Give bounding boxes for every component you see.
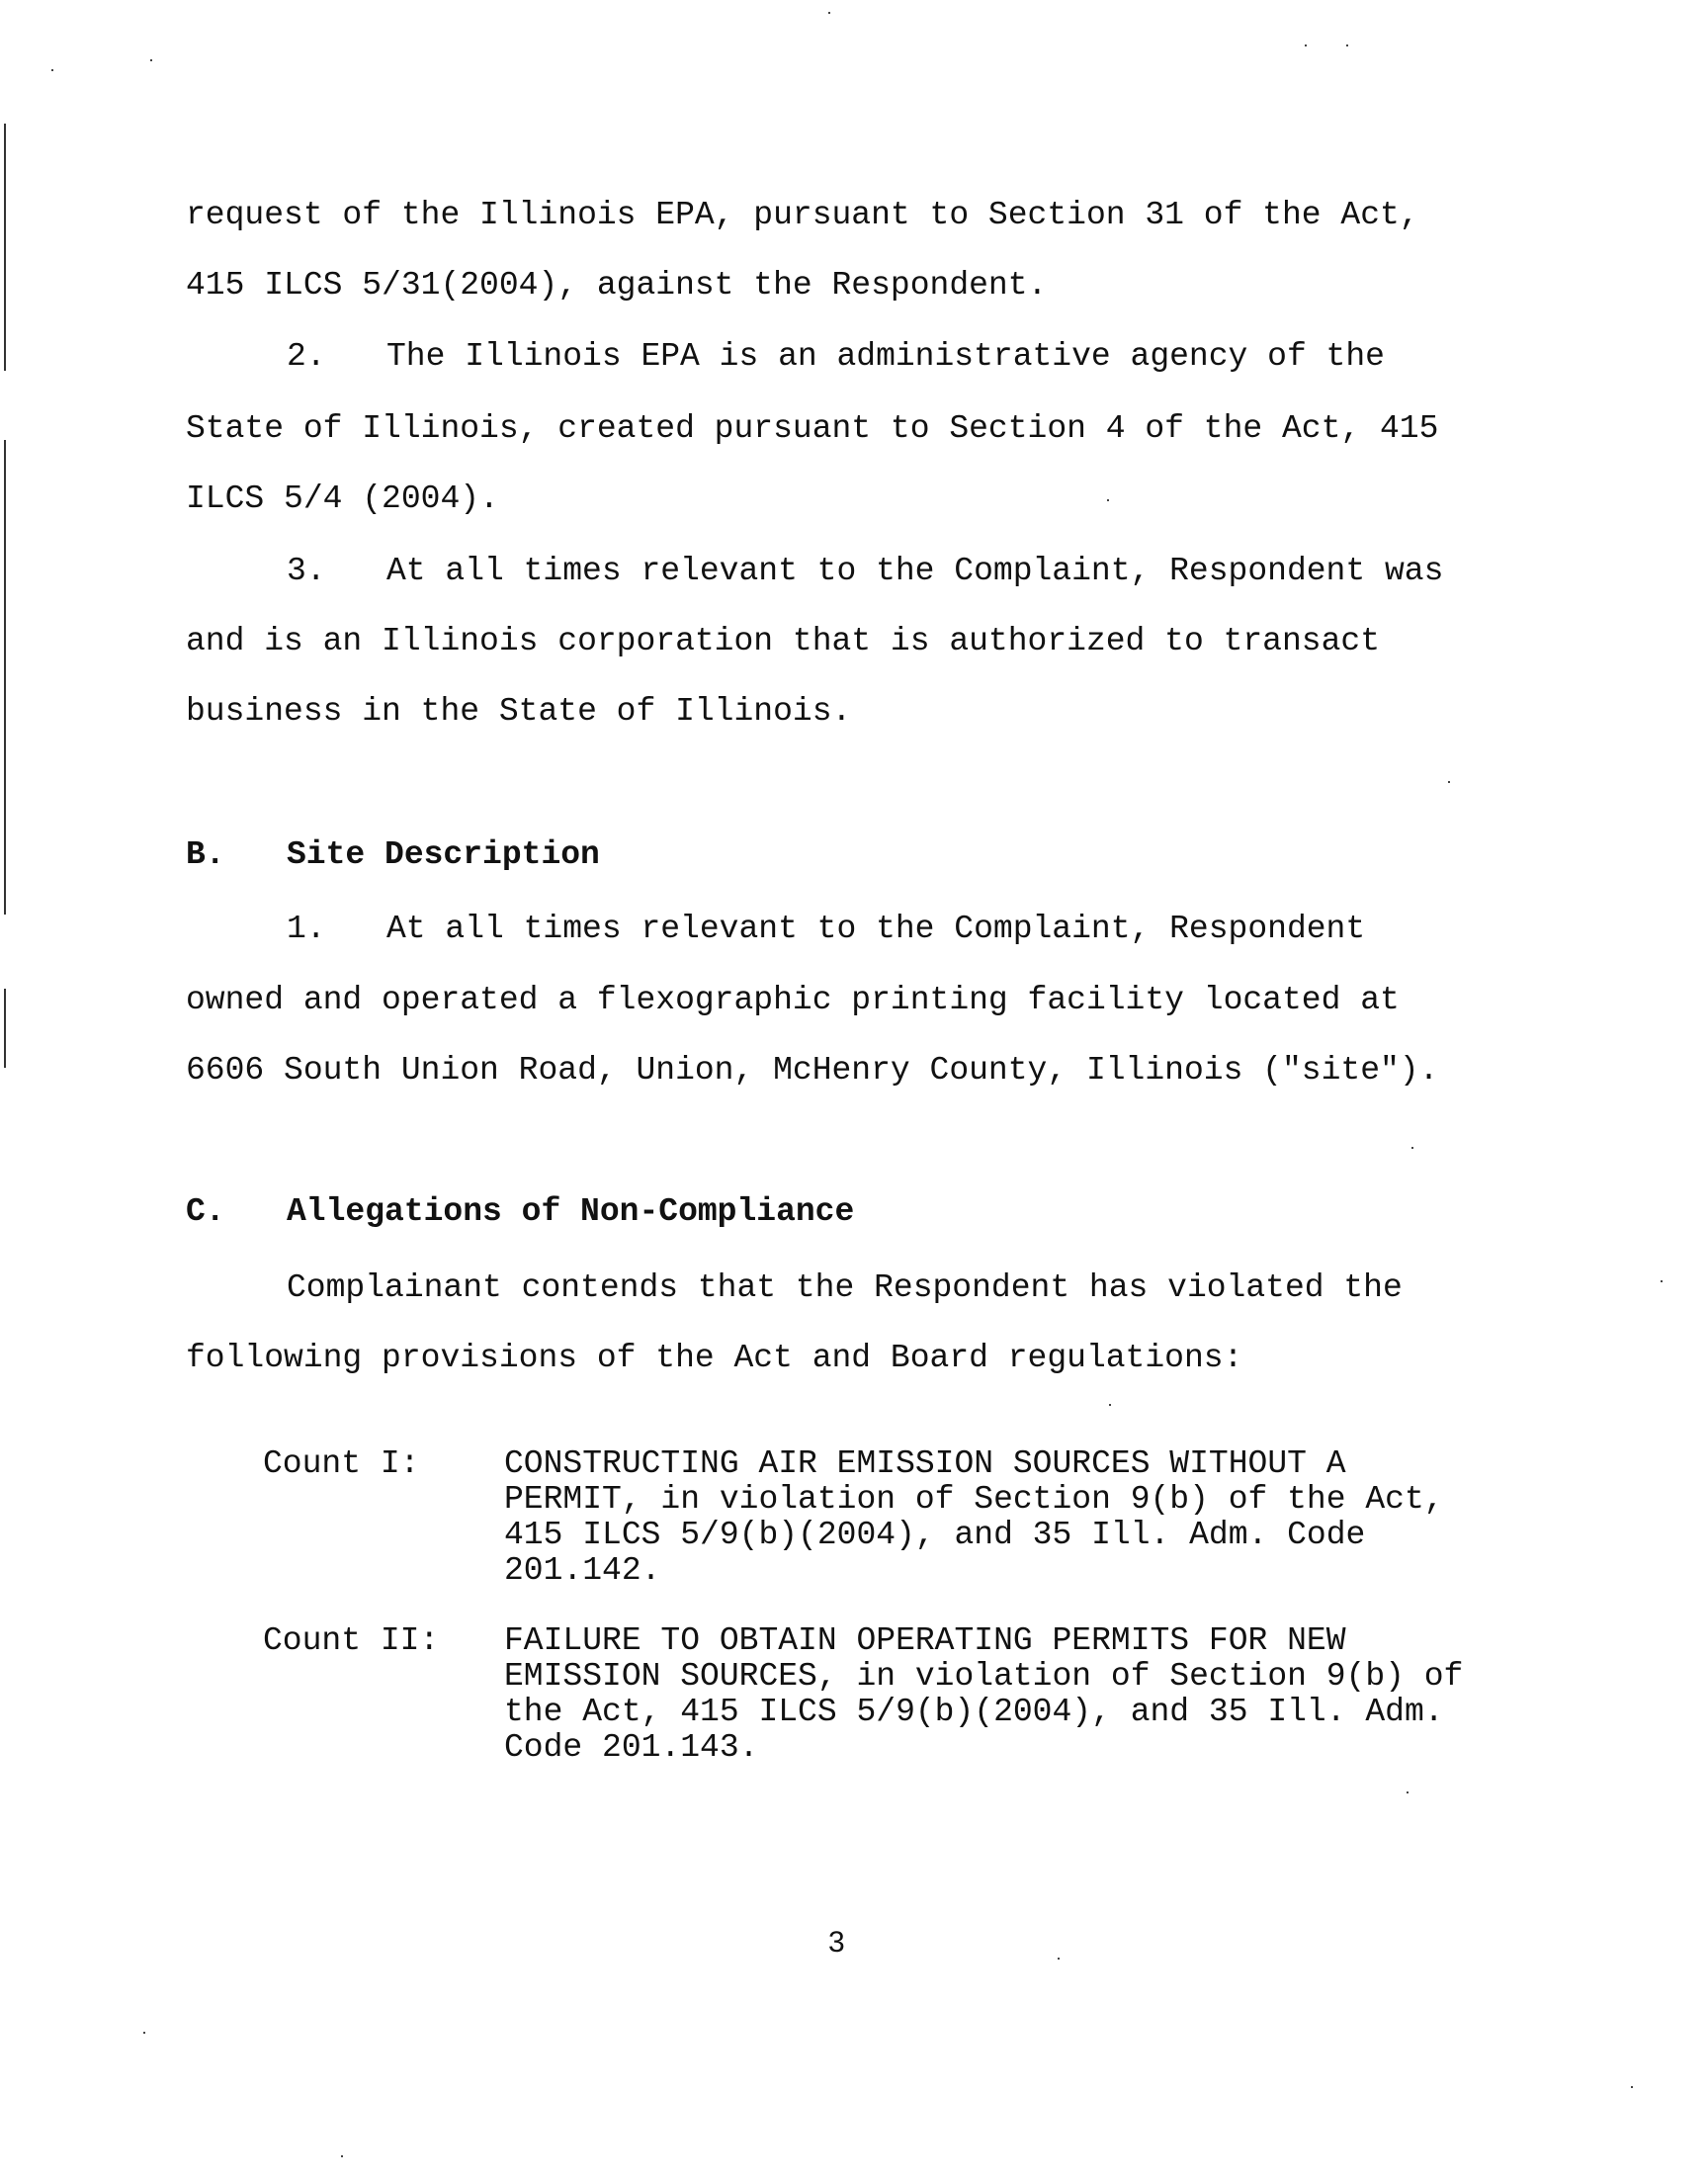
body-line: ILCS 5/4 (2004). (186, 480, 499, 519)
body-line: and is an Illinois corporation that is a… (186, 622, 1380, 661)
count-text-line: 201.142. (504, 1551, 660, 1591)
scan-speck (1305, 44, 1307, 46)
scan-speck (341, 2155, 343, 2157)
body-line: 6606 South Union Road, Union, McHenry Co… (186, 1051, 1438, 1091)
scan-speck (1107, 499, 1109, 501)
count-text-line: the Act, 415 ILCS 5/9(b)(2004), and 35 I… (504, 1693, 1444, 1732)
page-number: 3 (828, 1926, 845, 1960)
section-letter: B. (186, 835, 225, 875)
scan-edge-line (4, 989, 6, 1068)
body-line: 415 ILCS 5/31(2004), against the Respond… (186, 266, 1047, 306)
scan-speck (1109, 1404, 1111, 1406)
body-line: owned and operated a flexographic printi… (186, 981, 1400, 1020)
scan-edge-line (4, 440, 6, 915)
scan-speck (1661, 1280, 1663, 1282)
document-page: request of the Illinois EPA, pursuant to… (0, 0, 1708, 2183)
section-letter: C. (186, 1192, 225, 1232)
paragraph-number: 2. (287, 337, 326, 377)
count-text-line: FAILURE TO OBTAIN OPERATING PERMITS FOR … (504, 1621, 1346, 1661)
paragraph-number: 3. (287, 552, 326, 591)
scan-speck (1407, 1791, 1409, 1793)
count-text-line: 415 ILCS 5/9(b)(2004), and 35 Ill. Adm. … (504, 1516, 1365, 1555)
count-label: Count I: (263, 1444, 419, 1484)
count-text-line: Code 201.143. (504, 1728, 758, 1768)
scan-speck (1346, 44, 1348, 46)
body-line: business in the State of Illinois. (186, 692, 851, 732)
section-heading: Allegations of Non-Compliance (287, 1192, 854, 1232)
count-text-line: CONSTRUCTING AIR EMISSION SOURCES WITHOU… (504, 1444, 1346, 1484)
scan-speck (150, 59, 152, 61)
scan-edge-line (4, 124, 6, 371)
count-label: Count II: (263, 1621, 439, 1661)
scan-speck (828, 12, 830, 14)
body-line: following provisions of the Act and Boar… (186, 1339, 1242, 1378)
scan-speck (1448, 781, 1450, 783)
scan-speck (1631, 2086, 1633, 2088)
scan-speck (1411, 1147, 1413, 1149)
body-line: At all times relevant to the Complaint, … (386, 552, 1443, 591)
scan-speck (1058, 1958, 1060, 1960)
body-line: At all times relevant to the Complaint, … (386, 910, 1365, 949)
scan-speck (51, 69, 53, 71)
count-text-line: EMISSION SOURCES, in violation of Sectio… (504, 1657, 1463, 1697)
body-line: State of Illinois, created pursuant to S… (186, 409, 1438, 449)
section-heading: Site Description (287, 835, 600, 875)
scan-speck (143, 2032, 145, 2034)
body-line: Complainant contends that the Respondent… (287, 1268, 1403, 1308)
body-line: request of the Illinois EPA, pursuant to… (186, 196, 1419, 235)
body-line: The Illinois EPA is an administrative ag… (386, 337, 1385, 377)
paragraph-number: 1. (287, 910, 326, 949)
count-text-line: PERMIT, in violation of Section 9(b) of … (504, 1480, 1444, 1520)
